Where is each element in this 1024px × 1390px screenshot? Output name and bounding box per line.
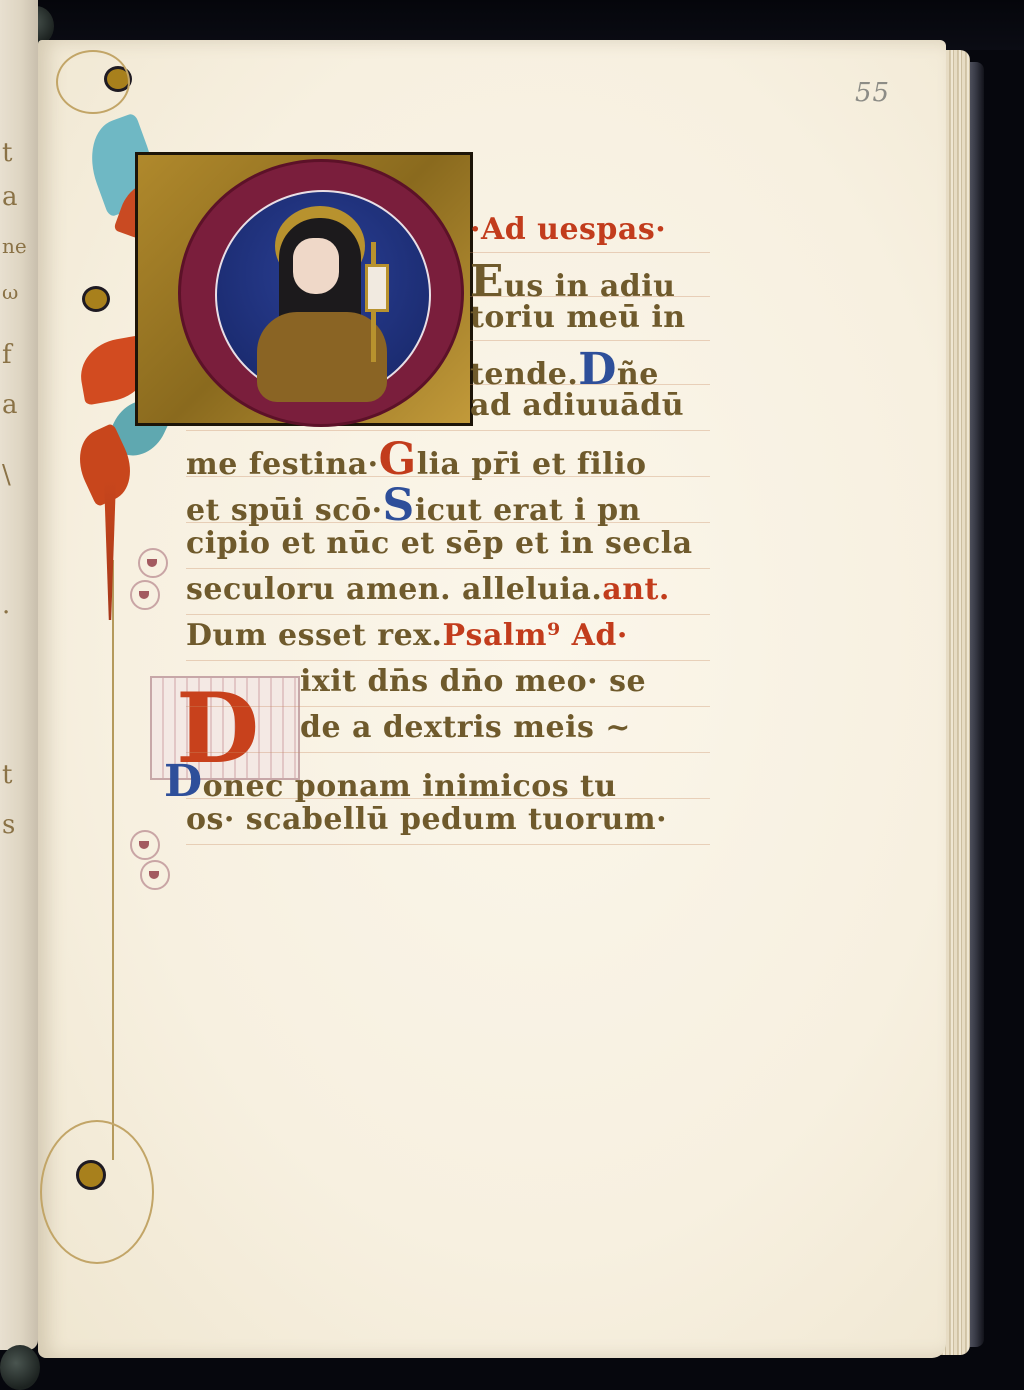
text-span: Dum esset rex. — [186, 618, 443, 653]
text-span: icut erat i pn — [415, 493, 641, 528]
text-line-6: me festina·Glia pr̄i et filio — [186, 434, 646, 478]
text-span: cipio et nūc et sēp et in secla — [186, 526, 693, 561]
margin-glyph: s — [2, 810, 15, 840]
text-span: ixit dn̄s dn̄o meo· se — [300, 664, 646, 699]
text-span: et spūi scō· — [186, 493, 383, 528]
text-line-8: cipio et nūc et sēp et in secla — [186, 526, 693, 570]
margin-glyph: a — [2, 182, 18, 212]
text-span: me festina· — [186, 447, 379, 482]
gold-scroll-flourish — [56, 50, 130, 114]
text-span: de a dextris meis ~ — [300, 710, 631, 745]
margin-glyph: ne — [2, 234, 27, 258]
rubric-antiphon: ant. — [602, 572, 670, 607]
left-page-edge: t a ne ω f a \ · t s — [0, 0, 38, 1350]
text-line-13: Donec ponam inimicos tu — [164, 756, 617, 800]
margin-glyph: t — [2, 138, 12, 168]
gold-scroll-flourish — [40, 1120, 154, 1264]
margin-glyph: t — [2, 760, 12, 790]
margin-glyph: ω — [2, 280, 18, 304]
text-line-9: seculoru amen. alleluia.ant. — [186, 572, 670, 616]
text-span: ad adiuuādū — [470, 388, 684, 423]
vine-stem — [112, 560, 114, 1160]
red-capital: G — [379, 434, 417, 485]
nun-robe — [257, 312, 387, 402]
text-line-12: de a dextris meis ~ — [300, 710, 631, 754]
distaff-icon — [365, 264, 389, 312]
blue-capital: D — [164, 756, 203, 807]
text-span: seculoru amen. alleluia. — [186, 572, 602, 607]
pen-flourish — [130, 830, 160, 860]
text-line-1: ·Ad uespas· — [470, 212, 666, 256]
historiated-initial — [135, 152, 473, 426]
nun-face — [293, 238, 339, 294]
folio-number: 55 — [855, 78, 890, 108]
text-span: os· scabellū pedum tuorum· — [186, 802, 667, 837]
blue-capital: S — [383, 480, 415, 531]
pen-flourish — [130, 580, 160, 610]
text-line-7: et spūi scō·Sicut erat i pn — [186, 480, 641, 524]
text-line-10: Dum esset rex.Psalm⁹ Ad· — [186, 618, 628, 662]
binding-cord-bottom — [0, 1345, 40, 1390]
text-span: toriu meū in — [470, 300, 686, 335]
initial-letter-bowl — [178, 159, 464, 427]
initial-miniature — [215, 190, 431, 400]
rubric-psalm: Psalm⁹ Ad· — [443, 618, 628, 653]
margin-glyph: f — [2, 340, 12, 370]
text-span: onec ponam inimicos tu — [203, 769, 617, 804]
text-span: ñe — [617, 357, 659, 392]
text-line-14: os· scabellū pedum tuorum· — [186, 802, 667, 846]
text-span: tende. — [470, 357, 578, 392]
margin-glyph: a — [2, 390, 18, 420]
text-line-4: tende.Dñe — [470, 344, 659, 388]
text-line-2: Eus in adiu — [470, 256, 675, 300]
text-line-3: toriu meū in — [470, 300, 686, 344]
margin-glyph: \ — [2, 460, 11, 490]
margin-glyph: · — [2, 598, 10, 628]
text-span: us in adiu — [504, 269, 675, 304]
gold-medallion-icon — [82, 286, 110, 312]
text-line-11: ixit dn̄s dn̄o meo· se — [300, 664, 646, 708]
text-line-5: ad adiuuādū — [470, 388, 684, 432]
pen-flourish — [140, 860, 170, 890]
rubric-ad-vesperas: ·Ad uespas· — [470, 212, 666, 247]
pen-flourish — [138, 548, 168, 578]
text-span: lia pr̄i et filio — [417, 447, 647, 482]
